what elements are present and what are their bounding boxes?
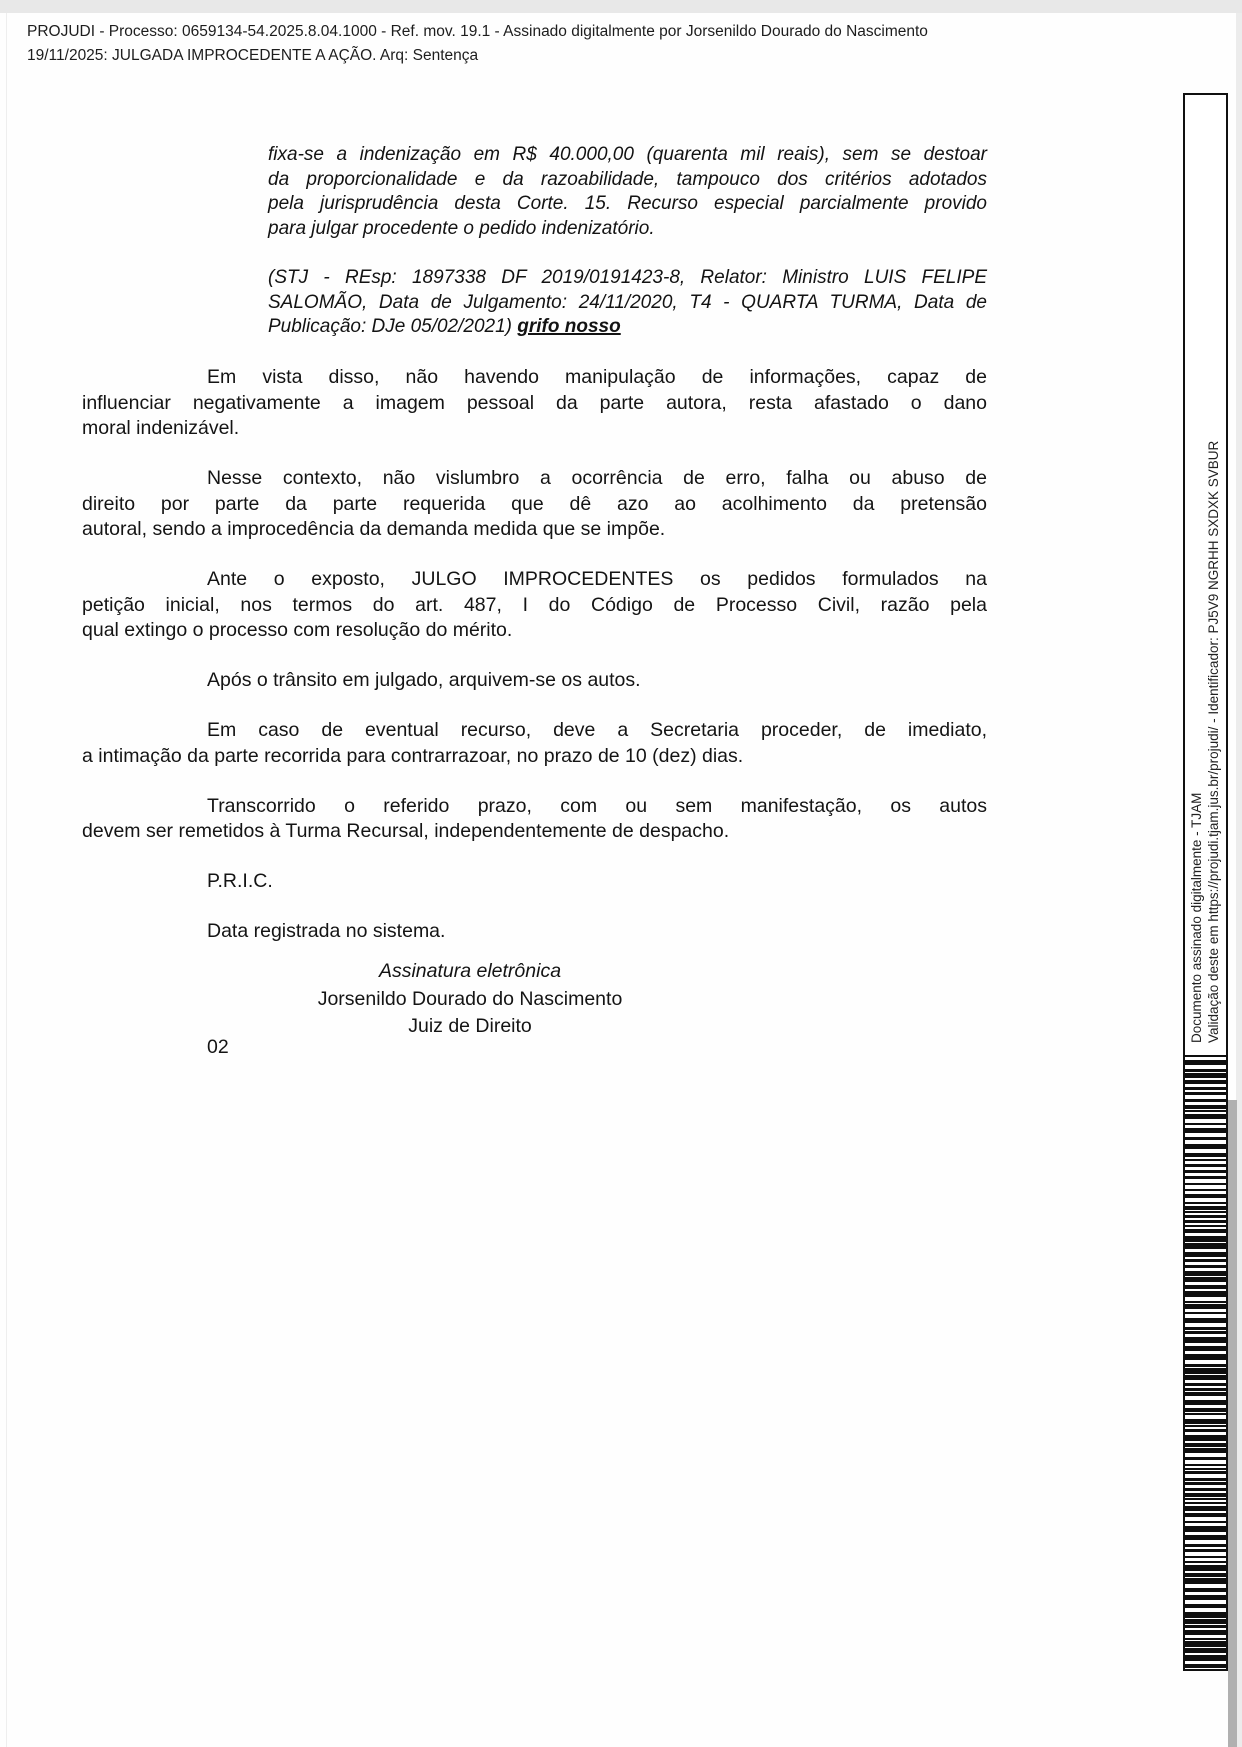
- barcode-bar: [1185, 1159, 1226, 1161]
- validation-sidebar: Documento assinado digitalmente - TJAM V…: [1183, 93, 1228, 1671]
- barcode-bar: [1185, 1327, 1226, 1330]
- quote-line: pela jurisprudência desta Corte. 15. Rec…: [268, 192, 987, 217]
- barcode-bar: [1185, 1595, 1226, 1600]
- barcode-icon: [1185, 1055, 1226, 1669]
- barcode-bar: [1185, 1128, 1226, 1133]
- barcode-bar: [1185, 1271, 1226, 1276]
- barcode-bar: [1185, 1060, 1226, 1065]
- barcode-bar: [1185, 1092, 1226, 1095]
- barcode-bar: [1185, 1588, 1226, 1592]
- body-line: Ante o exposto, JULGO IMPROCEDENTES os p…: [82, 567, 987, 593]
- barcode-bar: [1185, 1080, 1226, 1084]
- barcode-bar: [1185, 1189, 1226, 1191]
- barcode-bar: [1185, 1375, 1226, 1380]
- header-process-line: PROJUDI - Processo: 0659134-54.2025.8.04…: [27, 20, 928, 44]
- barcode-bar: [1185, 1087, 1226, 1090]
- barcode-bar: [1185, 1383, 1226, 1386]
- barcode-bar: [1185, 1176, 1226, 1179]
- body-line: Data registrada no sistema.: [82, 919, 987, 945]
- body-line: direito por parte da parte requerida que…: [82, 492, 987, 518]
- body-line: P.R.I.C.: [82, 869, 987, 895]
- paragraph: Em vista disso, não havendo manipulação …: [82, 365, 987, 442]
- body-line: autoral, sendo a improcedência da demand…: [82, 517, 987, 543]
- barcode-bar: [1185, 1535, 1226, 1540]
- barcode-bar: [1185, 1123, 1226, 1125]
- barcode-bar: [1185, 1513, 1226, 1517]
- body-line: qual extingo o processo com resolução do…: [82, 618, 987, 644]
- barcode-bar: [1185, 1392, 1226, 1396]
- barcode-bar: [1185, 1526, 1226, 1532]
- barcode-bar: [1185, 1638, 1226, 1640]
- barcode-bar: [1185, 1506, 1226, 1511]
- barcode-bar: [1185, 1612, 1226, 1618]
- barcode-bar: [1185, 1388, 1226, 1391]
- quote-line: da proporcionalidade e da razoabilidade,…: [268, 168, 987, 193]
- barcode-bar: [1185, 1419, 1226, 1424]
- paragraph: Data registrada no sistema.: [82, 919, 987, 945]
- signature-title: Juiz de Direito: [82, 1013, 858, 1041]
- barcode-bar: [1185, 1252, 1226, 1257]
- barcode-bar: [1185, 1368, 1226, 1374]
- validation-box-shadow: [1228, 1100, 1237, 1747]
- signature-block: Assinatura eletrônica Jorsenildo Dourado…: [82, 958, 858, 1041]
- barcode-bar: [1185, 1285, 1226, 1289]
- barcode-bar: [1185, 1110, 1226, 1112]
- body-line: Nesse contexto, não vislumbro a ocorrênc…: [82, 466, 987, 492]
- barcode-bar: [1185, 1099, 1226, 1102]
- barcode-bar: [1185, 1493, 1226, 1497]
- barcode-bar: [1185, 1604, 1226, 1608]
- barcode-bar: [1185, 1206, 1226, 1210]
- paragraph: Após o trânsito em julgado, arquivem-se …: [82, 668, 987, 694]
- barcode-bar: [1185, 1215, 1226, 1218]
- barcode-bar: [1185, 1346, 1226, 1351]
- barcode-bar: [1185, 1337, 1226, 1343]
- barcode-bar: [1185, 1502, 1226, 1504]
- barcode-bar: [1185, 1578, 1226, 1584]
- paragraph: Em caso de eventual recurso, deve a Secr…: [82, 718, 987, 769]
- barcode-bar: [1185, 1243, 1226, 1249]
- barcode-bar: [1185, 1443, 1226, 1447]
- quote-line: fixa-se a indenização em R$ 40.000,00 (q…: [268, 143, 987, 168]
- citation-block: (STJ - REsp: 1897338 DF 2019/0191423-8, …: [268, 266, 987, 340]
- citation-emphasis: grifo nosso: [517, 316, 620, 337]
- signature-name: Jorsenildo Dourado do Nascimento: [82, 986, 858, 1014]
- barcode-bar: [1185, 1301, 1226, 1303]
- barcode-bar: [1185, 1544, 1226, 1547]
- barcode-bar: [1185, 1277, 1226, 1282]
- barcode-bar: [1185, 1202, 1226, 1204]
- barcode-bar: [1185, 1448, 1226, 1453]
- barcode-bar: [1185, 1573, 1226, 1577]
- paragraph: Ante o exposto, JULGO IMPROCEDENTES os p…: [82, 567, 987, 644]
- barcode-bar: [1185, 1265, 1226, 1268]
- body-line: a intimação da parte recorrida para cont…: [82, 744, 987, 770]
- body-line: Em caso de eventual recurso, deve a Secr…: [82, 718, 987, 744]
- barcode-bar: [1185, 1471, 1226, 1474]
- barcode-bar: [1185, 1364, 1226, 1367]
- page-number: 02: [207, 1036, 229, 1059]
- barcode-bar: [1185, 1259, 1226, 1262]
- barcode-bar: [1185, 1648, 1226, 1653]
- page-left-edge: [6, 13, 7, 1747]
- barcode-bar: [1185, 1354, 1226, 1360]
- barcode-bar: [1185, 1425, 1226, 1427]
- barcode-bar: [1185, 1468, 1226, 1470]
- document-page: PROJUDI - Processo: 0659134-54.2025.8.04…: [0, 0, 1242, 1747]
- barcode-bar: [1185, 1236, 1226, 1242]
- body-line: devem ser remetidos à Turma Recursal, in…: [82, 819, 987, 845]
- quote-block: fixa-se a indenização em R$ 40.000,00 (q…: [268, 143, 987, 241]
- paragraph: P.R.I.C.: [82, 869, 987, 895]
- barcode-bar: [1185, 1664, 1226, 1668]
- barcode-bar: [1185, 1435, 1226, 1441]
- validation-url-label: Validação deste em https://projudi.tjam.…: [1205, 327, 1222, 1043]
- barcode-bar: [1185, 1220, 1226, 1223]
- barcode-bar: [1185, 1625, 1226, 1628]
- barcode-bar: [1185, 1318, 1226, 1323]
- citation-lines: (STJ - REsp: 1897338 DF 2019/0191423-8, …: [268, 266, 987, 315]
- barcode-bar: [1185, 1194, 1226, 1198]
- signature-type: Assinatura eletrônica: [82, 958, 858, 986]
- barcode-bar: [1185, 1482, 1226, 1485]
- barcode-bar: [1185, 1498, 1226, 1500]
- barcode-bar: [1185, 1137, 1226, 1140]
- barcode-bar: [1185, 1073, 1226, 1078]
- body-line: Após o trânsito em julgado, arquivem-se …: [82, 668, 987, 694]
- barcode-bar: [1185, 1304, 1226, 1309]
- body-line: moral indenizável.: [82, 416, 987, 442]
- barcode-bar: [1185, 1153, 1226, 1157]
- header-status-line: 19/11/2025: JULGADA IMPROCEDENTE A AÇÃO.…: [27, 44, 928, 68]
- barcode-bar: [1185, 1565, 1226, 1571]
- validation-text: Documento assinado digitalmente - TJAM V…: [1188, 327, 1222, 1043]
- barcode-bar: [1185, 1291, 1226, 1297]
- barcode-bar: [1185, 1478, 1226, 1481]
- barcode-bar: [1185, 1211, 1226, 1213]
- barcode-bar: [1185, 1069, 1226, 1072]
- paragraph: Nesse contexto, não vislumbro a ocorrênc…: [82, 466, 987, 543]
- barcode-bar: [1185, 1055, 1226, 1057]
- body-line: Em vista disso, não havendo manipulação …: [82, 365, 987, 391]
- barcode-bar: [1185, 1561, 1226, 1563]
- barcode-bar: [1185, 1641, 1226, 1647]
- barcode-bar: [1185, 1464, 1226, 1466]
- barcode-bar: [1185, 1429, 1226, 1432]
- barcode-bar: [1185, 1170, 1226, 1173]
- barcode-bar: [1185, 1408, 1226, 1412]
- citation-line: SALOMÃO, Data de Julgamento: 24/11/2020,…: [268, 291, 987, 316]
- barcode-bar: [1185, 1400, 1226, 1405]
- barcode-bar: [1185, 1521, 1226, 1523]
- barcode-bar: [1185, 1619, 1226, 1624]
- body-line: Transcorrido o referido prazo, com ou se…: [82, 794, 987, 820]
- barcode-bar: [1185, 1114, 1226, 1119]
- barcode-bar: [1185, 1630, 1226, 1635]
- document-header: PROJUDI - Processo: 0659134-54.2025.8.04…: [27, 20, 928, 68]
- barcode-bar: [1185, 1144, 1226, 1149]
- quote-line: para julgar procedente o pedido indeniza…: [268, 217, 987, 242]
- signed-digitally-label: Documento assinado digitalmente - TJAM: [1188, 327, 1205, 1043]
- barcode-bar: [1185, 1105, 1226, 1109]
- body-paragraphs: Em vista disso, não havendo manipulação …: [82, 365, 987, 969]
- citation-line: (STJ - REsp: 1897338 DF 2019/0191423-8, …: [268, 266, 987, 291]
- paragraph: Transcorrido o referido prazo, com ou se…: [82, 794, 987, 845]
- barcode-bar: [1185, 1457, 1226, 1460]
- barcode-bar: [1185, 1164, 1226, 1167]
- top-edge-strip: [0, 0, 1242, 13]
- barcode-bar: [1185, 1413, 1226, 1415]
- barcode-bar: [1185, 1549, 1226, 1552]
- citation-last-line: Publicação: DJe 05/02/2021) grifo nosso: [268, 315, 987, 340]
- barcode-bar: [1185, 1229, 1226, 1233]
- body-line: influenciar negativamente a imagem pesso…: [82, 391, 987, 417]
- citation-publication-text: Publicação: DJe 05/02/2021): [268, 316, 517, 337]
- barcode-bar: [1185, 1183, 1226, 1185]
- barcode-bar: [1185, 1312, 1226, 1314]
- barcode-bar: [1185, 1488, 1226, 1491]
- barcode-bar: [1185, 1556, 1226, 1558]
- body-line: petição inicial, nos termos do art. 487,…: [82, 593, 987, 619]
- barcode-bar: [1185, 1655, 1226, 1661]
- barcode-bar: [1185, 1331, 1226, 1334]
- barcode-bar: [1185, 1225, 1226, 1227]
